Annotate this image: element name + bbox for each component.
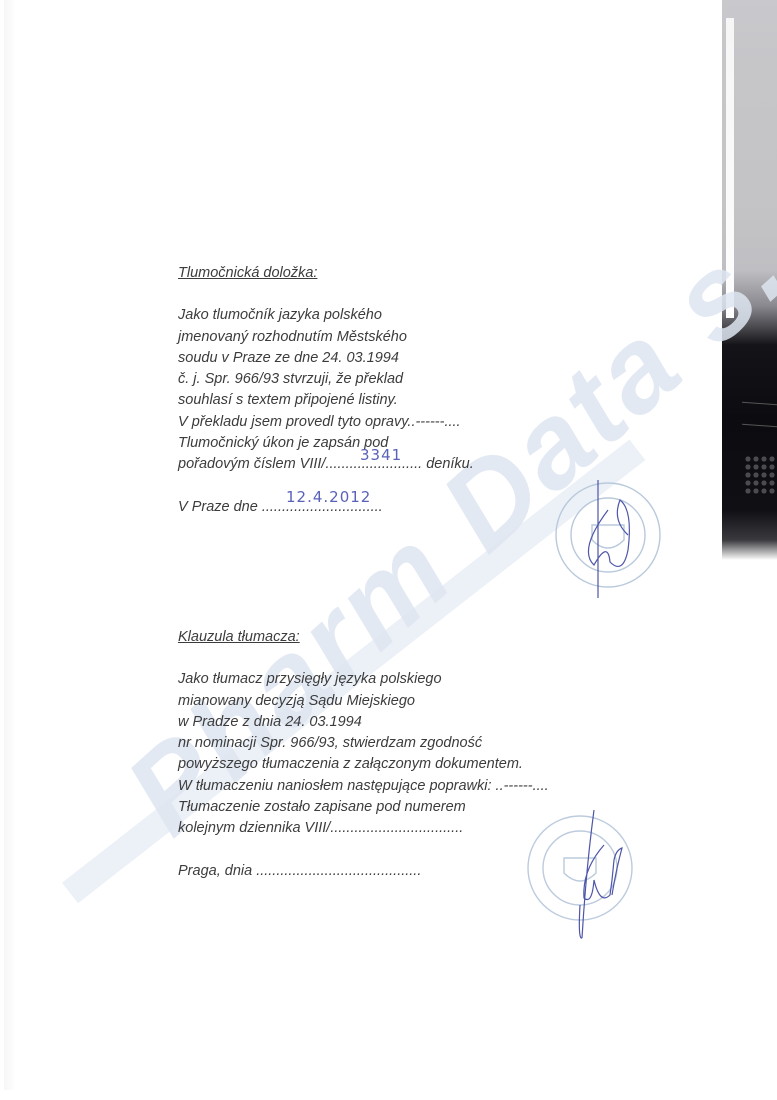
clause-line: nr nominacji Spr. 966/93, stwierdzam zgo… bbox=[178, 733, 549, 754]
clause-line: Jako tłumacz przysięgły języka polskiego bbox=[178, 669, 549, 690]
handwritten-register-number: 3341 bbox=[360, 446, 402, 464]
clause-line: jmenovaný rozhodnutím Městského bbox=[178, 327, 474, 348]
clause-line: V překladu jsem provedl tyto opravy..---… bbox=[178, 412, 474, 433]
register-label: pořadovým číslem VIII/ bbox=[178, 456, 325, 472]
scanner-line bbox=[742, 402, 777, 405]
paper-edge-strip bbox=[726, 18, 734, 318]
stamp-icon bbox=[528, 816, 632, 920]
scan-left-edge bbox=[4, 0, 16, 1090]
clause-line: Jako tlumočník jazyka polského bbox=[178, 305, 474, 326]
clause-line: powyższego tłumaczenia z załączonym doku… bbox=[178, 754, 549, 775]
clause-line: Tlumočnický úkon je zapsán pod bbox=[178, 433, 474, 454]
clause-line: mianowany decyzją Sądu Miejskiego bbox=[178, 691, 549, 712]
clause-line: w Pradze z dnia 24. 03.1994 bbox=[178, 712, 549, 733]
polish-translator-clause: Klauzula tłumacza: Jako tłumacz przysięg… bbox=[178, 627, 549, 882]
register-suffix: deníku. bbox=[426, 456, 474, 472]
clause-line: Tłumaczenie zostało zapisane pod numerem bbox=[178, 797, 549, 818]
stamp-icon bbox=[556, 483, 660, 587]
scanner-keys bbox=[744, 455, 776, 495]
place-label: V Praze dne bbox=[178, 499, 258, 515]
register-line: pořadovým číslem VIII/..................… bbox=[178, 454, 474, 475]
place-date-line: Praga, dnia ............................… bbox=[178, 861, 549, 882]
clause-line: souhlasí s textem připojené listiny. bbox=[178, 390, 474, 411]
scan-right-edge bbox=[722, 0, 777, 1100]
polish-clause-heading: Klauzula tłumacza: bbox=[178, 627, 549, 648]
clause-line: č. j. Spr. 966/93 stvrzuji, že překlad bbox=[178, 369, 474, 390]
czech-clause-heading: Tlumočnická doložka: bbox=[178, 263, 474, 284]
official-stamp-signature bbox=[548, 470, 678, 605]
czech-translator-clause: Tlumočnická doložka: Jako tlumočník jazy… bbox=[178, 263, 474, 518]
handwritten-date: 12.4.2012 bbox=[286, 488, 371, 506]
official-stamp-signature bbox=[512, 810, 642, 955]
clause-line: kolejnym dziennika VIII/................… bbox=[178, 818, 549, 839]
scanner-line bbox=[742, 424, 777, 427]
clause-line: soudu v Praze ze dne 24. 03.1994 bbox=[178, 348, 474, 369]
clause-line: W tłumaczeniu naniosłem następujące popr… bbox=[178, 776, 549, 797]
